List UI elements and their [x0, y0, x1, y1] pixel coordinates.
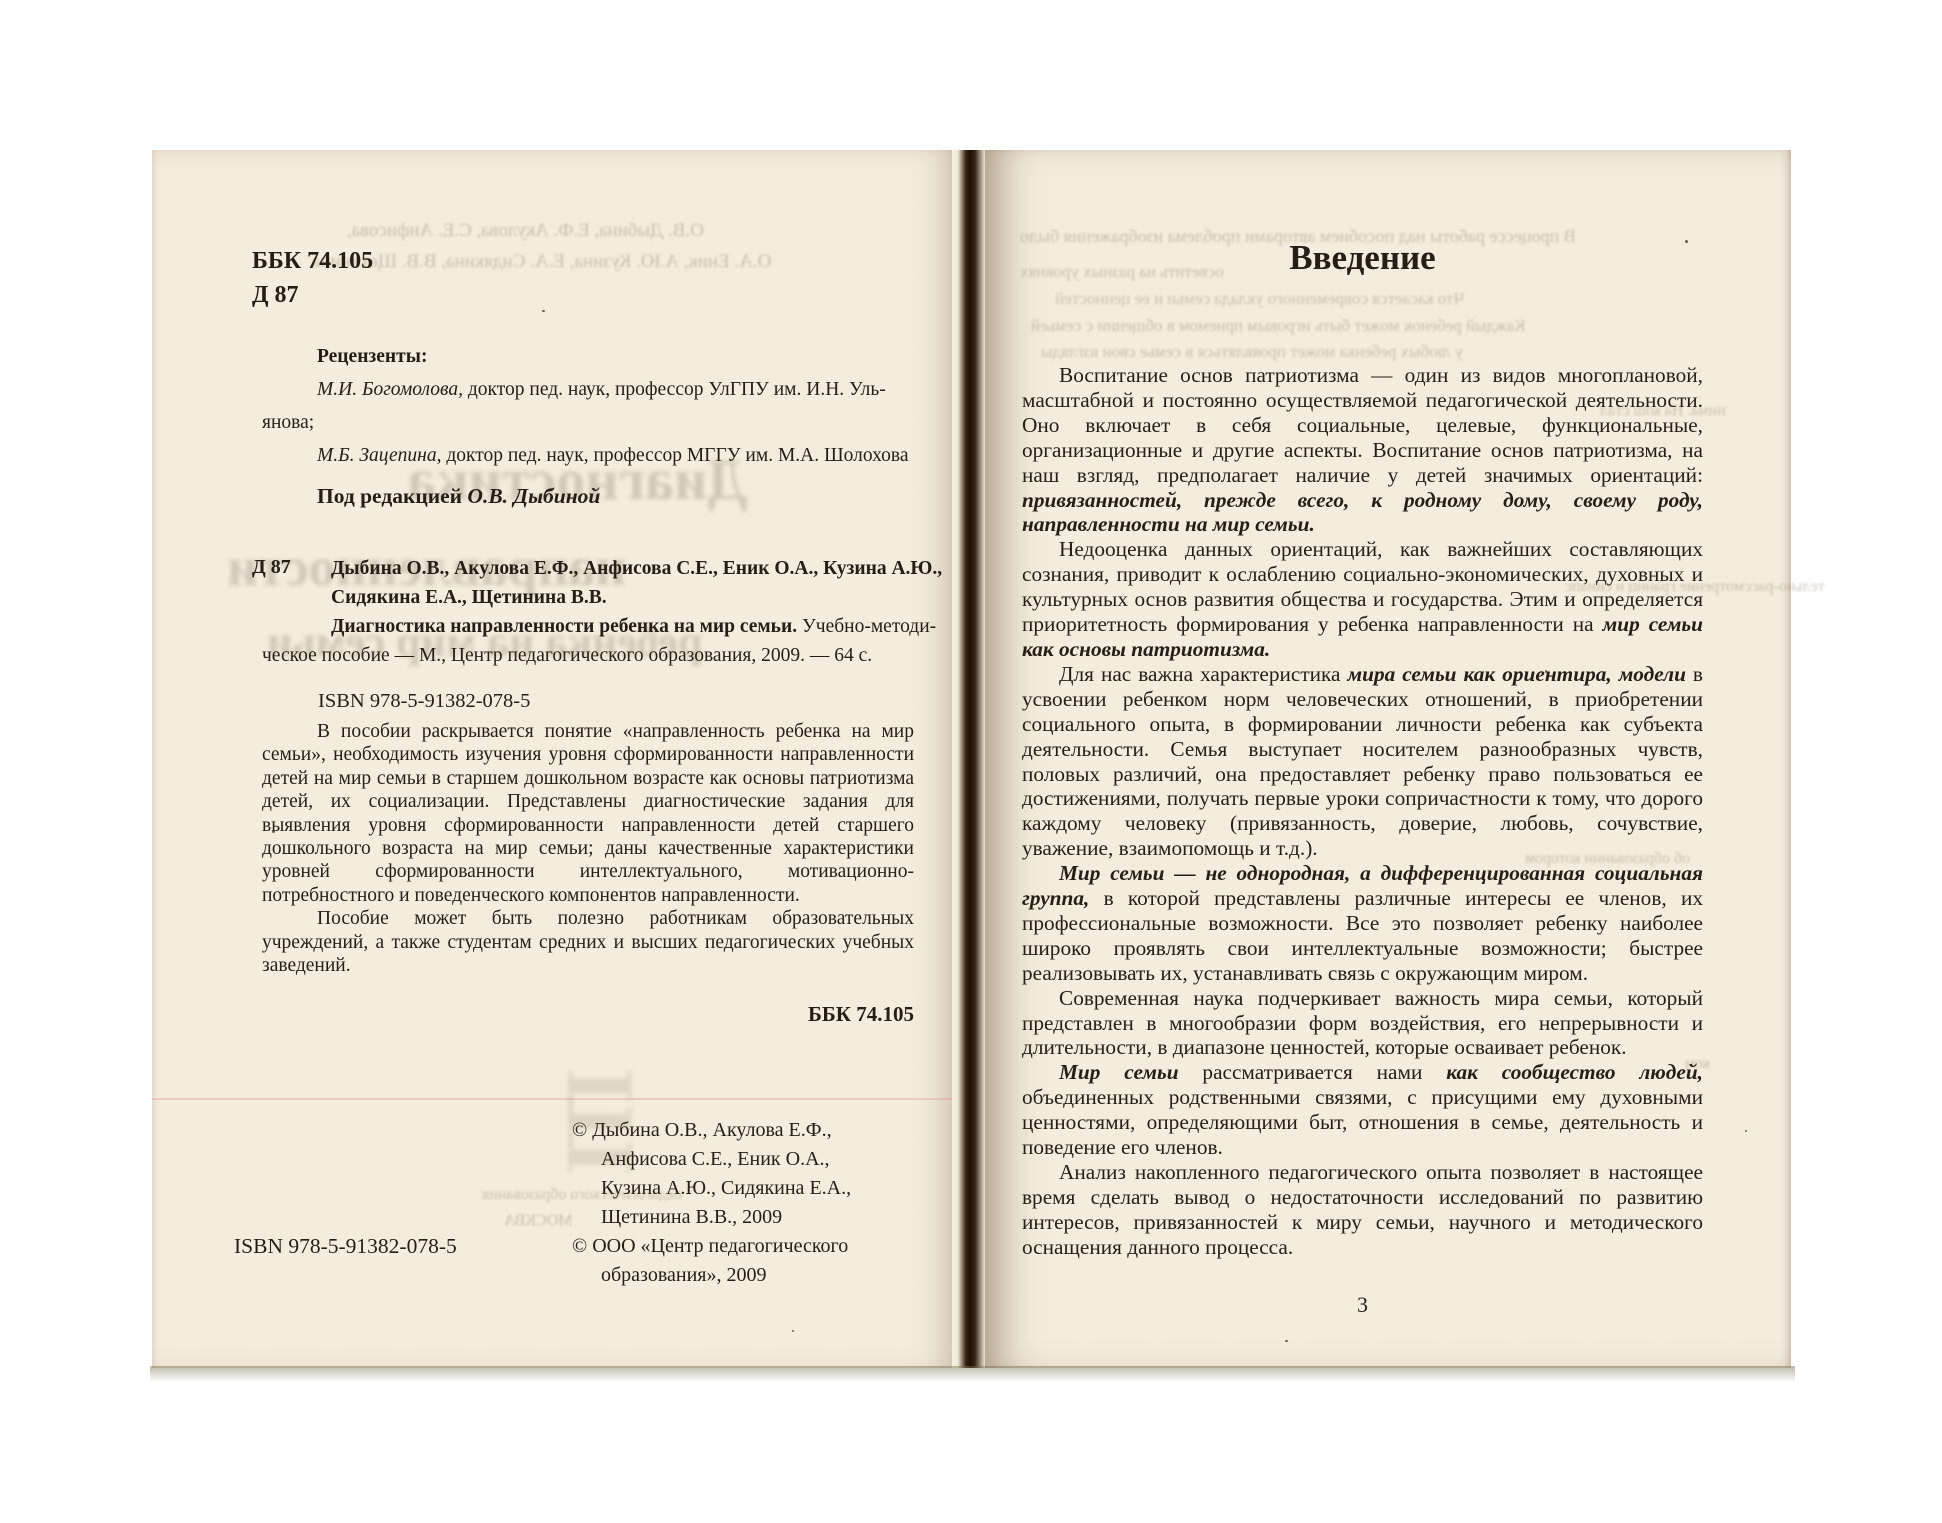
- reviewer-1-wrap: янова;: [262, 406, 922, 439]
- bibliographic-citation: Дыбина О.В., Акулова Е.Ф., Анфисова С.Е.…: [262, 554, 922, 670]
- scan-speck: [1685, 240, 1688, 243]
- paragraph-text: в которой представлены различные интерес…: [1022, 886, 1703, 985]
- copyright-line: Щетинина В.В., 2009: [572, 1203, 851, 1232]
- edited-by-line: Под редакцией О.В. Дыбиной: [317, 484, 600, 509]
- reviewer-1: М.И. Богомолова, доктор пед. наук, профе…: [262, 373, 922, 406]
- paragraph-text: Недооценка данных ориентаций, как важней…: [1022, 537, 1703, 636]
- emphasis-text: как сообщество людей,: [1446, 1060, 1703, 1084]
- copyright-line: Кузина А.Ю., Сидякина Е.А.,: [572, 1174, 851, 1203]
- copyright-line: Анфисова С.Е., Еник О.А.,: [572, 1145, 851, 1174]
- reviewers-heading: Рецензенты:: [262, 340, 922, 373]
- introduction-paragraph: Мир семьи — не однородная, а дифференцир…: [1022, 861, 1703, 986]
- paragraph-text: рассматривается нами: [1179, 1060, 1447, 1084]
- paragraph-text: Анализ накопленного педагогического опыт…: [1022, 1160, 1703, 1259]
- citation-title: Диагностика направленности ребенка на ми…: [331, 616, 797, 637]
- bleedthrough-line: О.А. Еник, А.Ю. Кузина, Е.А. Сидякина, В…: [312, 251, 771, 273]
- emphasis-text: привязанностей, прежде всего, к родному …: [1022, 488, 1703, 537]
- scan-speck: [1285, 1340, 1288, 1342]
- bbk-classification-block: ББК 74.105 Д 87: [252, 244, 373, 312]
- paragraph-text: Современная наука подчеркивает важность …: [1022, 986, 1703, 1060]
- citation-authors-line2: Сидякина Е.А., Щетинина В.В.: [262, 583, 922, 612]
- page-bottom-shadow: [150, 1366, 1795, 1382]
- bleedthrough-line: Каждый ребенок может быть игровым приемо…: [1031, 316, 1526, 336]
- annotation-paragraph-1: В пособии раскрывается понятие «направле…: [262, 720, 914, 907]
- bbk-code: ББК 74.105: [252, 244, 373, 278]
- paragraph-text: Для нас важна характеристика: [1059, 662, 1348, 686]
- chapter-title: Введение: [1022, 238, 1703, 278]
- paragraph-text: в усвоении ребенком норм человеческих от…: [1022, 662, 1703, 860]
- bbk-code-bottom: ББК 74.105: [262, 1002, 914, 1027]
- copyright-line: © ООО «Центр педагогического: [572, 1232, 851, 1261]
- bleedthrough-line: МОСКВА: [504, 1212, 573, 1230]
- scan-speck: [792, 1330, 794, 1332]
- citation-title-line: Диагностика направленности ребенка на ми…: [262, 612, 922, 641]
- introduction-paragraph: Мир семьи рассматривается нами как сообщ…: [1022, 1060, 1703, 1160]
- reviewer-2-name: М.Б. Зацепина,: [317, 445, 441, 466]
- scan-speck: [1745, 1130, 1747, 1132]
- book-scan: О.В. Дыбина, Е.Ф. Акулова, С.Е. Анфисова…: [0, 0, 1942, 1523]
- scan-speck: [1545, 670, 1547, 673]
- paragraph-text: объединенных родственными связями, с при…: [1022, 1085, 1703, 1159]
- introduction-text: Воспитание основ патриотизма — один из в…: [1022, 363, 1703, 1260]
- introduction-paragraph: Современная наука подчеркивает важность …: [1022, 986, 1703, 1061]
- copyright-line: © Дыбина О.В., Акулова Е.Ф.,: [572, 1116, 851, 1145]
- right-page: В процессе работы над пособием авторами …: [985, 150, 1791, 1368]
- introduction-paragraph: Для нас важна характеристика мира семьи …: [1022, 662, 1703, 861]
- bleedthrough-line: у любых ребенка может проявляться в семь…: [1041, 342, 1463, 362]
- copyright-block: © Дыбина О.В., Акулова Е.Ф.,Анфисова С.Е…: [572, 1116, 851, 1290]
- page-number: 3: [1022, 1292, 1703, 1318]
- edited-by-name: О.В. Дыбиной: [467, 484, 600, 508]
- edited-by-label: Под редакцией: [317, 484, 467, 508]
- left-page: О.В. Дыбина, Е.Ф. Акулова, С.Е. Анфисова…: [152, 150, 958, 1368]
- isbn-number: ISBN 978-5-91382-078-5: [318, 690, 530, 713]
- citation-subtitle-start: Учебно-методи-: [797, 616, 936, 637]
- book-gutter: [952, 150, 985, 1368]
- bleedthrough-line: О.В. Дыбина, Е.Ф. Акулова, С.Е. Анфисова…: [347, 220, 704, 242]
- reviewer-1-name: М.И. Богомолова,: [317, 379, 463, 400]
- copyright-line: образования», 2009: [572, 1261, 851, 1290]
- scan-speck: [272, 830, 275, 833]
- citation-authors-line1: Дыбина О.В., Акулова Е.Ф., Анфисова С.Е.…: [262, 554, 922, 583]
- emphasis-text: Мир семьи: [1059, 1060, 1179, 1084]
- introduction-paragraph: Недооценка данных ориентаций, как важней…: [1022, 537, 1703, 662]
- paragraph-text: Воспитание основ патриотизма — один из в…: [1022, 363, 1703, 487]
- reviewer-2: М.Б. Зацепина, доктор пед. наук, професс…: [262, 439, 922, 472]
- reviewer-1-credentials: доктор пед. наук, профессор УлГПУ им. И.…: [463, 379, 886, 400]
- annotation-paragraph-2: Пособие может быть полезно работникам об…: [262, 907, 914, 977]
- annotation-block: В пособии раскрывается понятие «направле…: [262, 720, 914, 977]
- introduction-paragraph: Анализ накопленного педагогического опыт…: [1022, 1160, 1703, 1260]
- scan-speck: [542, 310, 545, 312]
- introduction-paragraph: Воспитание основ патриотизма — один из в…: [1022, 363, 1703, 537]
- udc-code: Д 87: [252, 278, 373, 312]
- bleedthrough-line: Что касается современного уклада семьи и…: [1055, 289, 1465, 309]
- emphasis-text: мира семьи как ориентира, модели: [1348, 662, 1686, 686]
- isbn-number-bottom: ISBN 978-5-91382-078-5: [234, 1234, 457, 1259]
- reviewer-2-credentials: доктор пед. наук, профессор МГГУ им. М.А…: [441, 445, 908, 466]
- reviewers-block: Рецензенты: М.И. Богомолова, доктор пед.…: [262, 340, 922, 472]
- citation-imprint-line: ческое пособие — М., Центр педагогическо…: [262, 641, 922, 670]
